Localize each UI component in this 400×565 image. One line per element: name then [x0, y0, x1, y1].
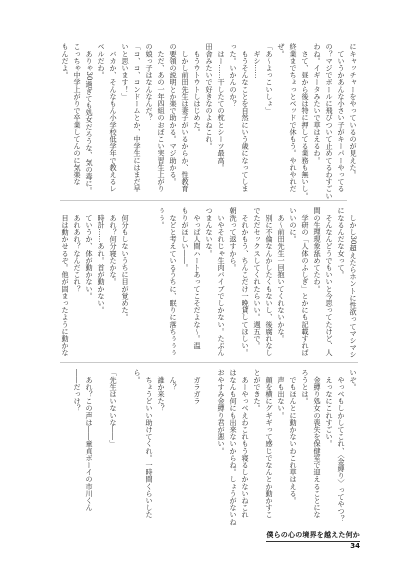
text-column: 金縛り処女の喪失を保健室で迎えることにな — [311, 369, 323, 519]
text-column: さて、昼から後は特に押してる業務も無いし。 — [299, 43, 311, 193]
text-column: わね。イギータみたいで草はえるわ。 — [311, 43, 323, 193]
text-column: の娘っ子はなんなんだ？ — [143, 43, 155, 193]
text-column: った。いかんのか？ — [227, 43, 239, 193]
text-column: もりがほしい――。 — [179, 207, 191, 357]
text-column: の要領の説明とか楽で助かる。マジ助かる。 — [167, 43, 179, 193]
blank-column — [119, 369, 131, 519]
text-column: やっぱ人間ハートあってこそだよな～。温 — [191, 207, 203, 357]
text-column: ――だっけ？ — [71, 369, 83, 519]
text-column: 田舎みたいで好きなのよねこれ。 — [203, 43, 215, 193]
page-number: 34 — [350, 542, 360, 550]
text-column: 顔を横にグギギって感じでなんとか動かすこ — [263, 369, 275, 519]
text-column: やっべもしかしてこれ、〈金縛り〉ってやつ？ — [335, 369, 347, 519]
text-column: はー……干したての枕とシーツ最高。 — [215, 43, 227, 193]
text-column: おやすみ金縛り君が悪い。 — [215, 369, 227, 519]
text-column: あれ？この声は――童貞ボーイの市川くん — [83, 369, 95, 519]
text-column: あれあれ？なんだこれ？ — [71, 207, 83, 357]
text-column: 時計……あれ。首が動かない。 — [95, 207, 107, 357]
text-column: ありゃ30過ぎても処女だろうな、気の毒に。 — [83, 43, 95, 193]
text-column: になるんだな女って。 — [335, 207, 347, 357]
text-column: バカか、そんなもん小学校低学年で教えるレ — [107, 43, 119, 193]
text-column: もうそんなことを自然にいう歳になってしま — [239, 43, 251, 193]
text-column: 学研の「人体のふしぎ」とかにも記載すれば — [299, 207, 311, 357]
text-column: しかし30超えたらホントに性欲ってマシマシ — [347, 207, 359, 357]
text-column: 何分もしないうちに目が覚めた。 — [119, 207, 131, 357]
text-column: あ～前田先生一回抱いてくれないかな。 — [275, 207, 287, 357]
text-column: あーやっべえわこれもう寝るしかないねこれ — [239, 369, 251, 519]
text-column: ろうとは。 — [299, 369, 311, 519]
text-column: 「コ、コ、コンドームとか、中学生にはまだ早 — [131, 43, 143, 193]
tier-divider — [60, 200, 347, 201]
text-column: ちょうどいい助けてくれ。一時間くらいした — [143, 369, 155, 519]
text-column: ぜ。 — [275, 43, 287, 193]
text-column: 声も出ない。 — [275, 369, 287, 519]
text-column: ていうかあんな小さい子がキーパーやってる — [335, 43, 347, 193]
blank-column — [179, 369, 191, 519]
text-column: 「先生はいないな――」 — [107, 369, 119, 519]
text-column: 別に不倫なんかしたくもないし、後腐れなし — [263, 207, 275, 357]
text-column: ギシ…… — [251, 43, 263, 193]
text-column: とができた。 — [251, 369, 263, 519]
text-column: もうウトウトしはじめた。 — [191, 43, 203, 193]
text-column: いと思います！」 — [119, 43, 131, 193]
text-column: にキャッチャーをやっているのが見えた。 — [347, 43, 359, 193]
text-column: はなんも何にも出来ないからね。しょうがないね — [227, 369, 239, 519]
text-column: ていうか、体が動かない。 — [83, 207, 95, 357]
text-column: 間の生理現象舐めてたわ。 — [311, 207, 323, 357]
text-column: いいのに。 — [287, 207, 299, 357]
text-column: ら。 — [131, 369, 143, 519]
text-column: などと考えているうちに、眠りに落ちぅぅぅ — [167, 207, 179, 357]
text-column: ベルだわ。 — [95, 43, 107, 193]
text-column: 朝洗って返すから。 — [227, 207, 239, 357]
blank-column — [203, 369, 215, 519]
text-column: しかし前田先生は妻子がいるからか、性教育 — [179, 43, 191, 193]
text-column: もんだよ。 — [59, 43, 71, 193]
text-tier-1: にキャッチャーをやっているのが見えた。 ていうかあんな小さい子がキーパーやってる… — [59, 43, 359, 193]
blank-column — [131, 207, 143, 357]
text-column: えっなにこれすごい。 — [323, 369, 335, 519]
text-tier-2: しかし30超えたらホントに性欲ってマシマシ になるんだな女って。 そんなんどうで… — [59, 207, 359, 357]
text-column: あれ？何分寝たかな。 — [107, 207, 119, 357]
text-column: でただセックスしてくれたらいい。週五で。 — [251, 207, 263, 357]
text-column: 誰か来た？ — [155, 369, 167, 519]
text-column: こっちゃ中学上がりで卒業してんのに気楽な — [71, 43, 83, 193]
text-column: 「あ～よっこいしょ」 — [263, 43, 275, 193]
text-column: ガラガラ — [191, 369, 203, 519]
blank-column — [143, 207, 155, 357]
text-tier-3: いぞ。 やっべもしかしてこれ、〈金縛り〉ってやつ？ えっなにこれすごい。 金縛り… — [71, 369, 359, 519]
text-column: 終業までちょっとベッドで休もう。やれやれだ — [287, 43, 299, 193]
running-title: 僕らの心の境界を越えた何か — [266, 530, 360, 542]
text-column: の？マジでボールに飛びついて止めてるわすごい — [323, 43, 335, 193]
tier-divider — [60, 362, 358, 363]
text-column: でもほんとに動かないわこれ草はえる。 — [287, 369, 299, 519]
text-column: それかもう、ちんこだけ一晩貸してほしい。 — [239, 207, 251, 357]
text-column: そんなんどうでもいいと今思ってたけど、人 — [323, 207, 335, 357]
text-column: つまんないな。 — [203, 207, 215, 357]
text-column: いぞ。 — [347, 369, 359, 519]
text-column: 目は動かせるぞ。他が固まったように動かな — [59, 207, 71, 357]
text-column: ただ、あの一年四組のおぼこい実習生上がり — [155, 43, 167, 193]
text-column: いやそれじゃ生肉バイブでしかない。たぶん — [215, 207, 227, 357]
text-column: ん？ — [167, 369, 179, 519]
blank-column — [95, 369, 107, 519]
text-column: ぅぅ。 — [155, 207, 167, 357]
